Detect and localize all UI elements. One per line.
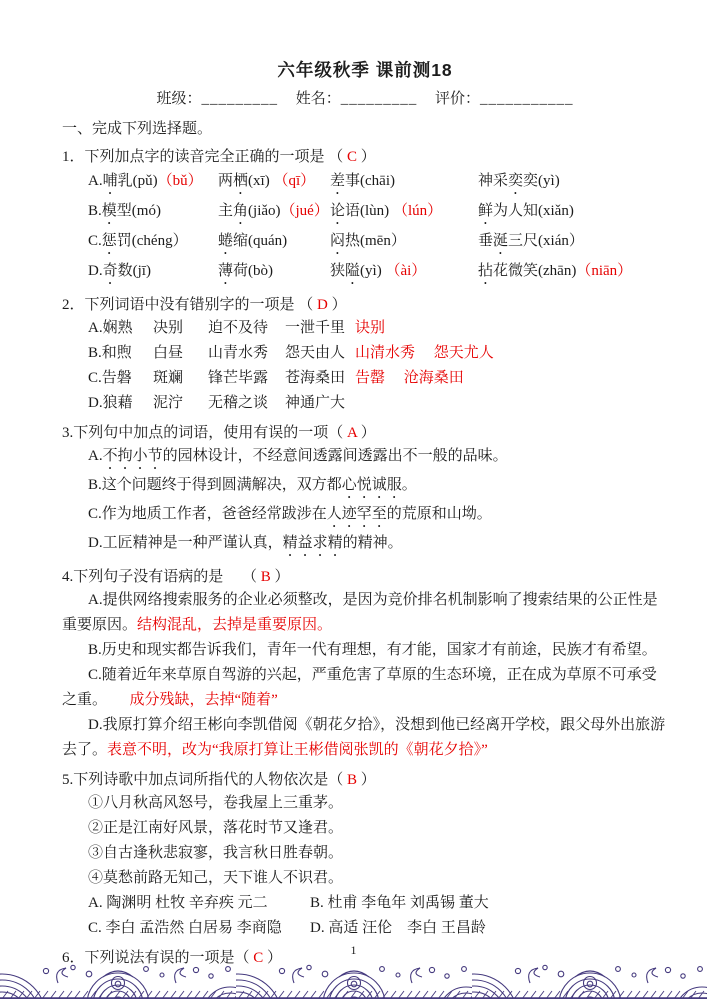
text-run: 决别 <box>153 320 183 336</box>
text-run: 热(mēn） <box>345 233 406 249</box>
q2-option-cell: 山青水秀 <box>208 341 285 366</box>
text-run: A. <box>88 173 103 189</box>
emphasized-term: 涎 <box>493 233 508 249</box>
correction-annotation: （bǔ） <box>158 173 203 189</box>
q1-option-cell: 蜷缩(quán) <box>218 228 330 258</box>
page-number: 1 <box>0 943 707 957</box>
emphasized-term: 不拘小节 <box>103 448 163 464</box>
text-run: ） <box>357 772 376 788</box>
q1-option-cell: A.哺乳(pǔ)（bǔ） <box>88 168 218 198</box>
q2-option-cell: C.告磐 <box>88 366 153 391</box>
q2-option-cell: 斑斓 <box>153 366 208 391</box>
student-info: 班级：_________ 姓名：_________ 评价：___________ <box>62 88 668 110</box>
q1-option-cell: 神采奕奕(yì) <box>478 168 668 198</box>
text-run: 的园林设计，不经意间透露间透露出不一般的品味。 <box>163 448 508 464</box>
q1-option-cell: 垂涎三尺(xián） <box>478 228 668 258</box>
correction-annotation: （ài） <box>385 263 426 279</box>
emphasized-term: 鲜 <box>478 203 493 219</box>
q2-option-cell: A.娴熟 <box>88 316 153 341</box>
correction-annotation: B <box>347 772 357 788</box>
text-run: 三尺(xián） <box>508 233 584 249</box>
text-run: (xī) <box>248 173 273 189</box>
text-run: 一泄千里 <box>285 320 345 336</box>
q5-choice-d: D. 高适 汪伦 李白 王昌龄 <box>310 916 668 941</box>
q2-option-cell: 迫不及待 <box>208 316 285 341</box>
text-run: C.告磐 <box>88 370 132 386</box>
text-run: 数(jī) <box>118 263 151 279</box>
text-run: 无稽之谈 <box>208 395 268 411</box>
text-run: 迫不及待 <box>208 320 268 336</box>
emphasized-term: 蜷 <box>218 233 233 249</box>
q1-option-cell: 薄荷(bò) <box>218 258 330 288</box>
text-run: 为人知(xiǎn) <box>493 203 574 219</box>
text-run: 4.下列句子没有语病的是 （ <box>62 569 261 585</box>
q2-option-cell: 神通广大 <box>285 391 355 416</box>
q4-option-c: C.随着近年来草原自驾游的兴起，严重危害了草原的生态环境，正在成为草原不可承受之… <box>62 663 668 713</box>
q2-option-cell: 无稽之谈 <box>208 391 285 416</box>
correction-annotation: 诀别 <box>355 320 385 336</box>
emphasized-term: 精益求精 <box>283 535 343 551</box>
text-run: 的荒原和山坳。 <box>387 506 492 522</box>
text-run: 怨天由人 <box>285 345 345 361</box>
q1-option-cell: B.模型(mó) <box>88 198 218 228</box>
q2-correction-cell: 告罄 沧海桑田 <box>355 366 668 391</box>
emphasized-term: 薄 <box>218 263 233 279</box>
poem-line-3: ③自古逢秋悲寂寥，我言秋日胜春朝。 <box>88 841 668 866</box>
emphasized-term: 隘 <box>345 263 360 279</box>
correction-annotation: 成分残缺，去掉“随着” <box>130 692 278 708</box>
emphasized-term: 角 <box>233 203 248 219</box>
name-blank: _________ <box>341 91 418 107</box>
text-run: 事(chāi) <box>345 173 395 189</box>
text-run: 乳(pǔ) <box>118 173 158 189</box>
text-run: 垂 <box>478 233 493 249</box>
q1-option-cell: C.惩罚(chéng） <box>88 228 218 258</box>
text-run: C.作为地质工作者，爸爸经常跋涉在 <box>88 506 327 522</box>
text-run: 神采 <box>478 173 508 189</box>
question-2-stem: 2．下列词语中没有错别字的一项是 （ D ） <box>62 294 668 316</box>
text-run: ） <box>357 425 376 441</box>
q2-correction-cell: 山清水秀 怨天尤人 <box>355 341 668 366</box>
q2-option-cell: 苍海桑田 <box>285 366 355 391</box>
question-3-stem: 3.下列句中加点的词语，使用有误的一项（ A ） <box>62 422 668 444</box>
q3-option-c: C.作为地质工作者，爸爸经常跋涉在人迹罕至的荒原和山坳。 <box>88 502 668 531</box>
q2-option-cell: 锋芒毕露 <box>208 366 285 391</box>
text-run: 泥泞 <box>153 395 183 411</box>
q5-choice-b: B. 杜甫 李龟年 刘禹锡 董大 <box>310 891 668 916</box>
emphasized-term: 模 <box>102 203 117 219</box>
text-run: 山青水秀 <box>208 345 268 361</box>
text-run: C. <box>88 233 102 249</box>
text-run: B.历史和现实都告诉我们，青年一代有理想，有才能，国家才有前途，民族才有希望。 <box>88 642 657 658</box>
text-run: 缩(quán) <box>233 233 287 249</box>
correction-annotation: 结构混乱，去掉是重要原因。 <box>137 617 332 633</box>
poem-line-1: ①八月秋高风怒号，卷我屋上三重茅。 <box>88 791 668 816</box>
question-1: 1．下列加点字的读音完全正确的一项是 （ C ） A.哺乳(pǔ)（bǔ） 两栖… <box>62 146 668 288</box>
emphasized-term: 心悦诚服 <box>342 477 402 493</box>
text-run: A. <box>88 448 103 464</box>
text-run: (yì) <box>360 263 385 279</box>
question-4-stem: 4.下列句子没有语病的是 （ B ） <box>62 566 668 588</box>
class-label: 班级： <box>156 91 201 107</box>
document-page: 六年级秋季 课前测18 班级：_________ 姓名：_________ 评价… <box>0 0 707 999</box>
question-1-options: A.哺乳(pǔ)（bǔ） 两栖(xī) （qī） 差事(chāi) 神采奕奕(y… <box>88 168 668 288</box>
q1-option-cell: 狭隘(yì) （ài） <box>330 258 478 288</box>
emphasized-term: 闷 <box>330 233 345 249</box>
emphasized-term: 惩 <box>102 233 117 249</box>
correction-annotation: （jué） <box>281 203 329 219</box>
q4-option-d: D.我原打算介绍王彬向李凯借阅《朝花夕拾》，没想到他已经离开学校，跟父母外出旅游… <box>62 713 668 763</box>
text-run: 神通广大 <box>285 395 345 411</box>
correction-annotation: 告罄 沧海桑田 <box>355 370 464 386</box>
correction-annotation: B <box>261 569 271 585</box>
text-run: 斑斓 <box>153 370 183 386</box>
correction-annotation: A <box>347 425 357 441</box>
text-run: 。 <box>402 477 417 493</box>
question-5-stem: 5.下列诗歌中加点词所指代的人物依次是（ B ） <box>62 769 668 791</box>
q2-option-cell: 怨天由人 <box>285 341 355 366</box>
text-run: 罚(chéng） <box>117 233 188 249</box>
text-run: (jiǎo) <box>248 203 280 219</box>
text-run: D. <box>88 263 103 279</box>
q2-option-cell: D.狼藉 <box>88 391 153 416</box>
emphasized-term: 拈 <box>478 263 493 279</box>
question-1-stem: 1．下列加点字的读音完全正确的一项是 （ C ） <box>62 146 668 168</box>
correction-annotation: C <box>347 149 357 165</box>
emphasized-term: 奇 <box>103 263 118 279</box>
q2-option-cell: 决别 <box>153 316 208 341</box>
text-run: 3.下列句中加点的词语，使用有误的一项（ <box>62 425 347 441</box>
text-run: A.娴熟 <box>88 320 133 336</box>
document-title: 六年级秋季 课前测18 <box>62 58 668 82</box>
q5-choice-row-1: A. 陶渊明 杜牧 辛弃疾 元二 B. 杜甫 李龟年 刘禹锡 董大 <box>88 891 668 916</box>
text-run: B.这个问题终于得到圆满解决，双方都 <box>88 477 342 493</box>
text-run: 5.下列诗歌中加点词所指代的人物依次是（ <box>62 772 347 788</box>
emphasized-term: 哺 <box>103 173 118 189</box>
text-run: 的精神。 <box>343 535 403 551</box>
section-1-heading: 一、完成下列选择题。 <box>62 118 668 140</box>
wave-pattern-border <box>0 962 707 999</box>
correction-annotation: D <box>317 297 328 313</box>
q2-option-cell: B.和煦 <box>88 341 153 366</box>
q3-option-b: B.这个问题终于得到圆满解决，双方都心悦诚服。 <box>88 473 668 502</box>
emphasized-term: 差 <box>330 173 345 189</box>
q2-option-cell: 一泄千里 <box>285 316 355 341</box>
text-run: 苍海桑田 <box>285 370 345 386</box>
name-label: 姓名： <box>296 91 341 107</box>
question-4: 4.下列句子没有语病的是 （ B ） A.提供网络搜索服务的企业必须整改，是因为… <box>62 566 668 763</box>
correction-annotation: （lún） <box>393 203 442 219</box>
q3-option-d: D.工匠精神是一种严谨认真，精益求精的精神。 <box>88 531 668 560</box>
name-field: 姓名：_________ <box>296 91 418 107</box>
q1-option-cell: D.奇数(jī) <box>88 258 218 288</box>
text-run: 狭 <box>330 263 345 279</box>
rating-field: 评价：___________ <box>435 91 574 107</box>
emphasized-term: 栖 <box>233 173 248 189</box>
q3-option-a: A.不拘小节的园林设计，不经意间透露间透露出不一般的品味。 <box>88 444 668 473</box>
text-run: 型(mó) <box>117 203 161 219</box>
question-5: 5.下列诗歌中加点词所指代的人物依次是（ B ） ①八月秋高风怒号，卷我屋上三重… <box>62 769 668 941</box>
document-content: 六年级秋季 课前测18 班级：_________ 姓名：_________ 评价… <box>0 0 707 969</box>
text-run: 1．下列加点字的读音完全正确的一项是 （ <box>62 149 347 165</box>
text-run: 锋芒毕露 <box>208 370 268 386</box>
text-run: 2．下列词语中没有错别字的一项是 （ <box>62 297 317 313</box>
q5-choice-row-2: C. 李白 孟浩然 白居易 李商隐 D. 高适 汪伦 李白 王昌龄 <box>88 916 668 941</box>
text-run: 白昼 <box>153 345 183 361</box>
q1-option-cell: 闷热(mēn） <box>330 228 478 258</box>
correction-annotation: 山清水秀 怨天尤人 <box>355 345 494 361</box>
q2-correction-cell <box>355 391 668 416</box>
text-run: D.狼藉 <box>88 395 133 411</box>
text-run: ） <box>328 297 347 313</box>
q4-option-b: B.历史和现实都告诉我们，青年一代有理想，有才能，国家才有前途，民族才有希望。 <box>62 638 668 663</box>
text-run: ） <box>271 569 290 585</box>
text-run: 荷(bò) <box>233 263 273 279</box>
text-run: ） <box>357 149 376 165</box>
text-run: 主 <box>218 203 233 219</box>
poem-line-2: ②正是江南好风景，落花时节又逢君。 <box>88 816 668 841</box>
class-blank: _________ <box>201 91 278 107</box>
q4-option-a: A.提供网络搜索服务的企业必须整改，是因为竞价排名机制影响了搜索结果的公正性是重… <box>62 588 668 638</box>
class-field: 班级：_________ <box>156 91 278 107</box>
q2-option-cell: 泥泞 <box>153 391 208 416</box>
q2-option-cell: 白昼 <box>153 341 208 366</box>
text-run: 奕(yì) <box>523 173 560 189</box>
rating-label: 评价： <box>435 91 480 107</box>
rating-blank: ___________ <box>480 91 574 107</box>
poem-line-4: ④莫愁前路无知己，天下谁人不识君。 <box>88 866 668 891</box>
text-run: B.和煦 <box>88 345 132 361</box>
emphasized-term: 人迹罕至 <box>327 506 387 522</box>
q1-option-cell: 拈花微笑(zhān)（niān） <box>478 258 668 288</box>
q1-option-cell: 鲜为人知(xiǎn) <box>478 198 668 228</box>
q1-option-cell: 差事(chāi) <box>330 168 478 198</box>
q5-choice-c: C. 李白 孟浩然 白居易 李商隐 <box>88 916 310 941</box>
text-run: 两 <box>218 173 233 189</box>
question-2-options: A.娴熟 决别 迫不及待 一泄千里 诀别 B.和煦 白昼 山青水秀 怨天由人 山… <box>88 316 668 416</box>
emphasized-term: 奕 <box>508 173 523 189</box>
text-run: D.工匠精神是一种严谨认真， <box>88 535 283 551</box>
text-run: B. <box>88 203 102 219</box>
correction-annotation: 表意不明，改为“我原打算让王彬借阅张凯的《朝花夕拾》” <box>107 742 488 758</box>
question-3: 3.下列句中加点的词语，使用有误的一项（ A ） A.不拘小节的园林设计，不经意… <box>62 422 668 560</box>
text-run: 花微笑(zhān) <box>493 263 576 279</box>
text-run: 语(lùn) <box>345 203 393 219</box>
question-2: 2．下列词语中没有错别字的一项是 （ D ） A.娴熟 决别 迫不及待 一泄千里… <box>62 294 668 416</box>
q1-option-cell: 论语(lùn) （lún） <box>330 198 478 228</box>
correction-annotation: （niān） <box>576 263 632 279</box>
correction-annotation: （qī） <box>273 173 315 189</box>
q5-choice-a: A. 陶渊明 杜牧 辛弃疾 元二 <box>88 891 310 916</box>
emphasized-term: 论 <box>330 203 345 219</box>
q1-option-cell: 主角(jiǎo)（jué） <box>218 198 330 228</box>
q1-option-cell: 两栖(xī) （qī） <box>218 168 330 198</box>
q2-correction-cell: 诀别 <box>355 316 668 341</box>
